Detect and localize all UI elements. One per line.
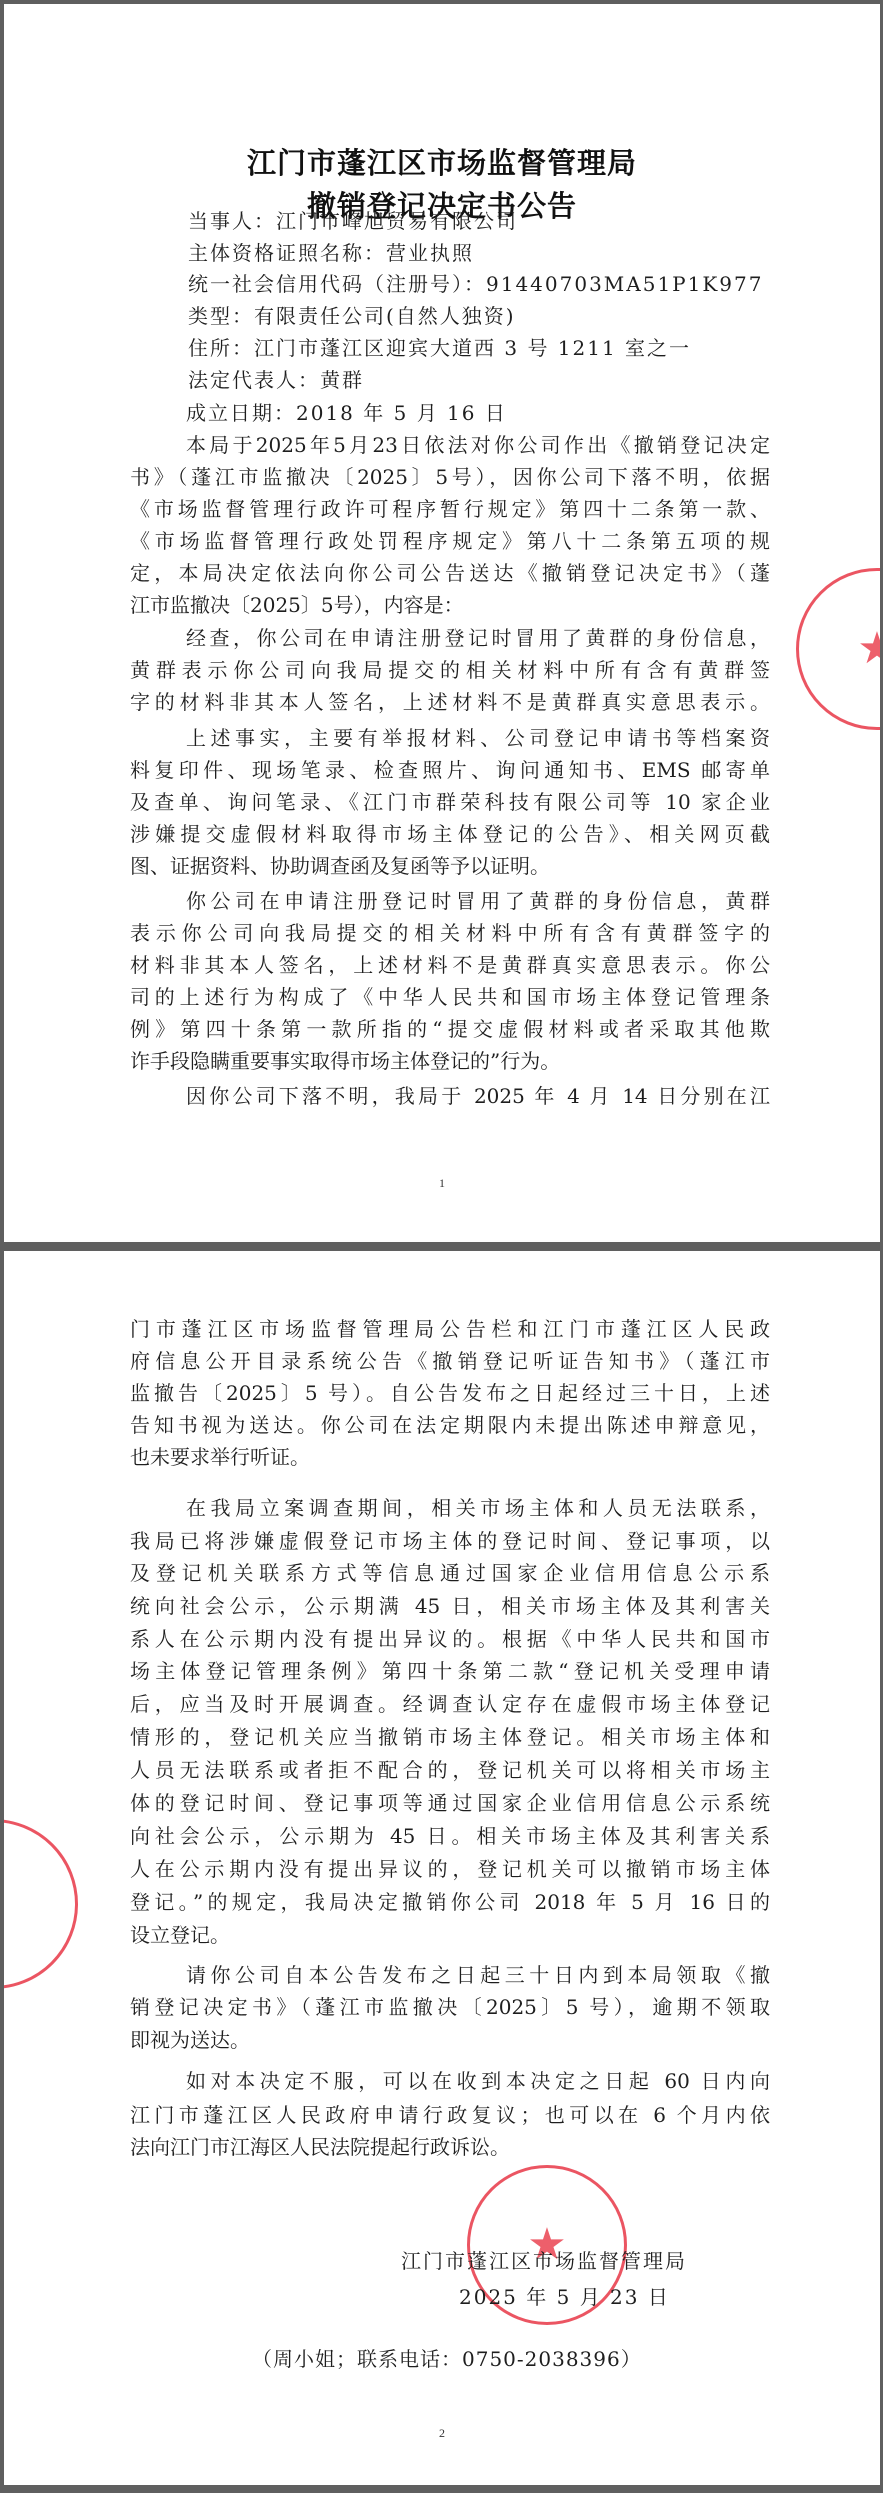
party-name: 当事人：江门市峰旭贸易有限公司 xyxy=(188,207,828,235)
body-line: 设立登记。 xyxy=(130,1921,770,1949)
page-number: 2 xyxy=(4,2426,880,2441)
body-line: 场主体登记管理条例》第四十条第二款“登记机关受理申请 xyxy=(130,1657,770,1685)
body-line: 江门市蓬江区人民政府申请行政复议；也可以在 6 个月内依 xyxy=(130,2101,770,2129)
license-name: 主体资格证照名称：营业执照 xyxy=(188,239,828,267)
body-line: 材料非其本人签名，上述材料不是黄群真实意思表示。你公 xyxy=(130,951,770,979)
body-line: 系人在公示期内没有提出异议的。根据《中华人民共和国市 xyxy=(130,1625,770,1653)
body-line: 经查，你公司在申请注册登记时冒用了黄群的身份信息， xyxy=(186,624,770,652)
legal-representative: 法定代表人：黄群 xyxy=(188,366,828,394)
company-type: 类型：有限责任公司(自然人独资) xyxy=(188,302,828,330)
seal-star-icon: ★ xyxy=(857,627,880,671)
document-page-1: 江门市蓬江区市场监督管理局 撤销登记决定书公告 当事人：江门市峰旭贸易有限公司 … xyxy=(4,4,880,1242)
body-line: 后，应当及时开展调查。经调查认定存在虚假市场主体登记 xyxy=(130,1690,770,1718)
body-line: 登记。”的规定，我局决定撤销你公司 2018 年 5 月 16 日的 xyxy=(130,1888,770,1916)
body-line: 因你公司下落不明，我局于 2025 年 4 月 14 日分别在江 xyxy=(186,1082,770,1110)
body-line: 本局于2025年5月23日依法对你公司作出《撤销登记决定 xyxy=(186,431,770,459)
document-page-2: 门市蓬江区市场监督管理局公告栏和江门市蓬江区人民政 府信息公开目录系统公告《撤销… xyxy=(4,1251,880,2485)
body-line: 上述事实，主要有举报材料、公司登记申请书等档案资 xyxy=(186,724,770,752)
body-line: 书》（蓬江市监撤决〔2025〕5号），因你公司下落不明，依据 xyxy=(130,463,770,491)
body-line: 表示你公司向我局提交的相关材料中所有含有黄群签字的 xyxy=(130,919,770,947)
issue-date: 2025 年 5 月 23 日 xyxy=(459,2281,670,2310)
body-line: 人在公示期内没有提出异议的，登记机关可以撤销市场主体 xyxy=(130,1855,770,1883)
official-seal-stamp: ★ xyxy=(796,568,880,730)
page-number: 1 xyxy=(4,1176,880,1191)
body-line: 你公司在申请注册登记时冒用了黄群的身份信息，黄群 xyxy=(186,887,770,915)
contact-info: （周小姐；联系电话：0750-2038396） xyxy=(252,2343,642,2372)
body-line: 也未要求举行听证。 xyxy=(130,1443,770,1471)
body-line: 《市场监督管理行政处罚程序规定》第八十二条第五项的规 xyxy=(130,527,770,555)
body-line: 法向江门市江海区人民法院提起行政诉讼。 xyxy=(130,2133,770,2161)
body-line: 人员无法联系或者拒不配合的，登记机关可以将相关市场主 xyxy=(130,1756,770,1784)
body-line: 江市监撤决〔2025〕5号），内容是： xyxy=(130,591,770,619)
body-line: 如对本决定不服，可以在收到本决定之日起 60 日内向 xyxy=(186,2067,770,2095)
body-line: 府信息公开目录系统公告《撤销登记听证告知书》（蓬江市 xyxy=(130,1347,770,1375)
body-line: 请你公司自本公告发布之日起三十日内到本局领取《撤 xyxy=(186,1961,770,1989)
body-line: 《市场监督管理行政许可程序暂行规定》第四十二条第一款、 xyxy=(130,495,770,523)
body-line: 及登记机关联系方式等信息通过国家企业信用信息公示系 xyxy=(130,1559,770,1587)
body-line: 销登记决定书》（蓬江市监撤决〔2025〕5 号），逾期不领取 xyxy=(130,1993,770,2021)
body-line: 情形的，登记机关应当撤销市场主体登记。相关市场主体和 xyxy=(130,1723,770,1751)
body-line: 我局已将涉嫌虚假登记市场主体的登记时间、登记事项，以 xyxy=(130,1527,770,1555)
body-line: 及查单、询问笔录、《江门市群荣科技有限公司等 10 家企业 xyxy=(130,788,770,816)
body-line: 黄群表示你公司向我局提交的相关材料中所有含有黄群签 xyxy=(130,656,770,684)
body-line: 定，本局决定依法向你公司公告送达《撤销登记决定书》（蓬 xyxy=(130,559,770,587)
body-line: 涉嫌提交虚假材料取得市场主体登记的公告》、相关网页截 xyxy=(130,820,770,848)
body-line: 料复印件、现场笔录、检查照片、询问通知书、EMS 邮寄单 xyxy=(130,756,770,784)
body-line: 即视为送达。 xyxy=(130,2026,770,2054)
body-line: 在我局立案调查期间，相关市场主体和人员无法联系， xyxy=(186,1494,770,1522)
official-seal-stamp-partial xyxy=(4,1819,78,1989)
company-address: 住所：江门市蓬江区迎宾大道西 3 号 1211 室之一 xyxy=(188,334,828,362)
body-line: 向社会公示，公示期为 45 日。相关市场主体及其利害关系 xyxy=(130,1822,770,1850)
title-line-1: 江门市蓬江区市场监督管理局 xyxy=(4,141,880,182)
body-line: 门市蓬江区市场监督管理局公告栏和江门市蓬江区人民政 xyxy=(130,1315,770,1343)
body-line: 统向社会公示，公示期满 45 日，相关市场主体及其利害关 xyxy=(130,1592,770,1620)
issuer-name: 江门市蓬江区市场监督管理局 xyxy=(401,2245,687,2274)
body-line: 诈手段隐瞒重要事实取得市场主体登记的”行为。 xyxy=(130,1047,770,1075)
body-line: 例》第四十条第一款所指的“提交虚假材料或者采取其他欺 xyxy=(130,1015,770,1043)
body-line: 监撤告〔2025〕5 号）。自公告发布之日起经过三十日，上述 xyxy=(130,1379,770,1407)
credit-code: 统一社会信用代码（注册号）：91440703MA51P1K977 xyxy=(188,270,828,298)
body-line: 体的登记时间、登记事项等通过国家企业信用信息公示系统 xyxy=(130,1789,770,1817)
body-line: 字的材料非其本人签名，上述材料不是黄群真实意思表示。 xyxy=(130,688,770,716)
established-date: 成立日期：2018 年 5 月 16 日 xyxy=(186,399,826,427)
body-line: 图、证据资料、协助调查函及复函等予以证明。 xyxy=(130,852,770,880)
body-line: 告知书视为送达。你公司在法定期限内未提出陈述申辩意见， xyxy=(130,1411,770,1439)
body-line: 司的上述行为构成了《中华人民共和国市场主体登记管理条 xyxy=(130,983,770,1011)
